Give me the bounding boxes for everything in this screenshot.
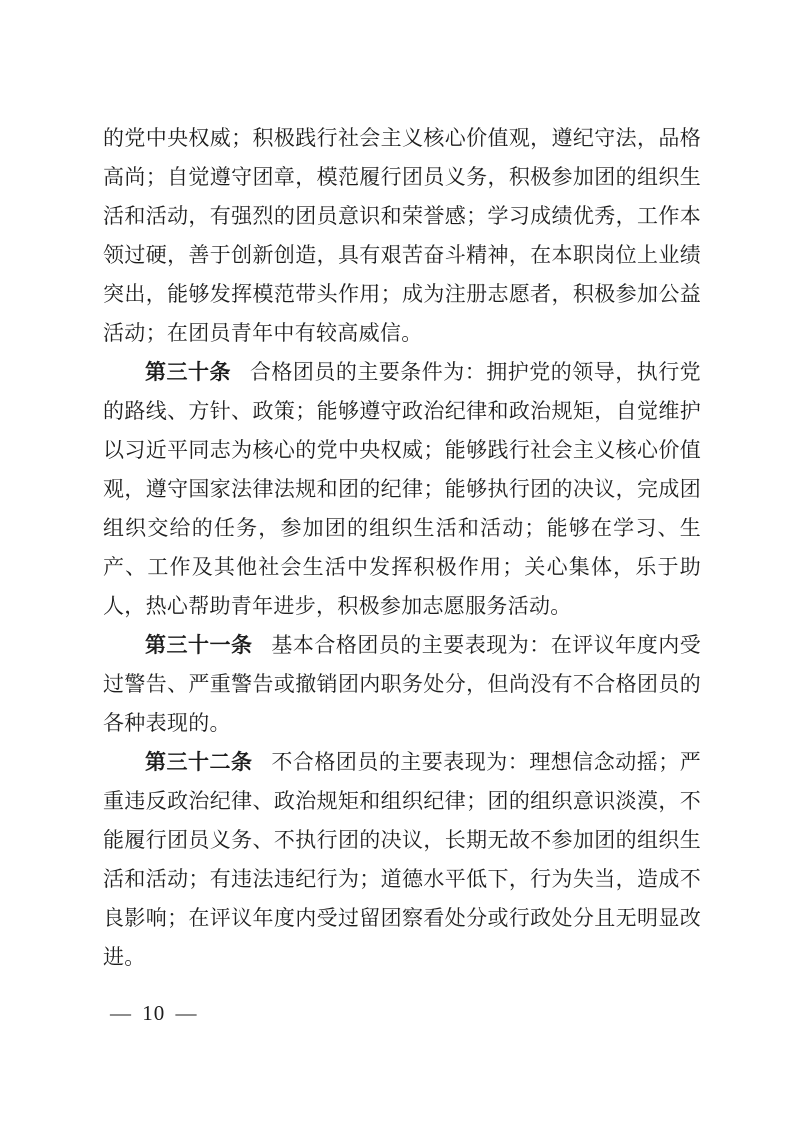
paragraph: 第三十一条基本合格团员的主要表现为：在评议年度内受过警告、严重警告或撤销团内职务…: [103, 626, 701, 743]
article-number-heading: 第三十二条: [145, 750, 252, 774]
paragraph-text: 不合格团员的主要表现为：理想信念动摇；严重违反政治纪律、政治规矩和组织纪律；团的…: [103, 750, 701, 969]
paragraph-text: 的党中央权威；积极践行社会主义核心价值观，遵纪守法，品格高尚；自觉遵守团章，模范…: [103, 126, 701, 345]
page-number: — 10 —: [110, 1001, 198, 1025]
article-number-heading: 第三十条: [145, 360, 231, 384]
paragraph: 第三十条合格团员的主要条件为：拥护党的领导，执行党的路线、方针、政策；能够遵守政…: [103, 353, 701, 626]
paragraph: 第三十二条不合格团员的主要表现为：理想信念动摇；严重违反政治纪律、政治规矩和组织…: [103, 743, 701, 977]
document-body: 的党中央权威；积极践行社会主义核心价值观，遵纪守法，品格高尚；自觉遵守团章，模范…: [103, 119, 701, 977]
document-page: 的党中央权威；积极践行社会主义核心价值观，遵纪守法，品格高尚；自觉遵守团章，模范…: [0, 0, 793, 1122]
paragraph-text: 合格团员的主要条件为：拥护党的领导，执行党的路线、方针、政策；能够遵守政治纪律和…: [103, 360, 701, 618]
paragraph: 的党中央权威；积极践行社会主义核心价值观，遵纪守法，品格高尚；自觉遵守团章，模范…: [103, 119, 701, 353]
article-number-heading: 第三十一条: [145, 633, 252, 657]
